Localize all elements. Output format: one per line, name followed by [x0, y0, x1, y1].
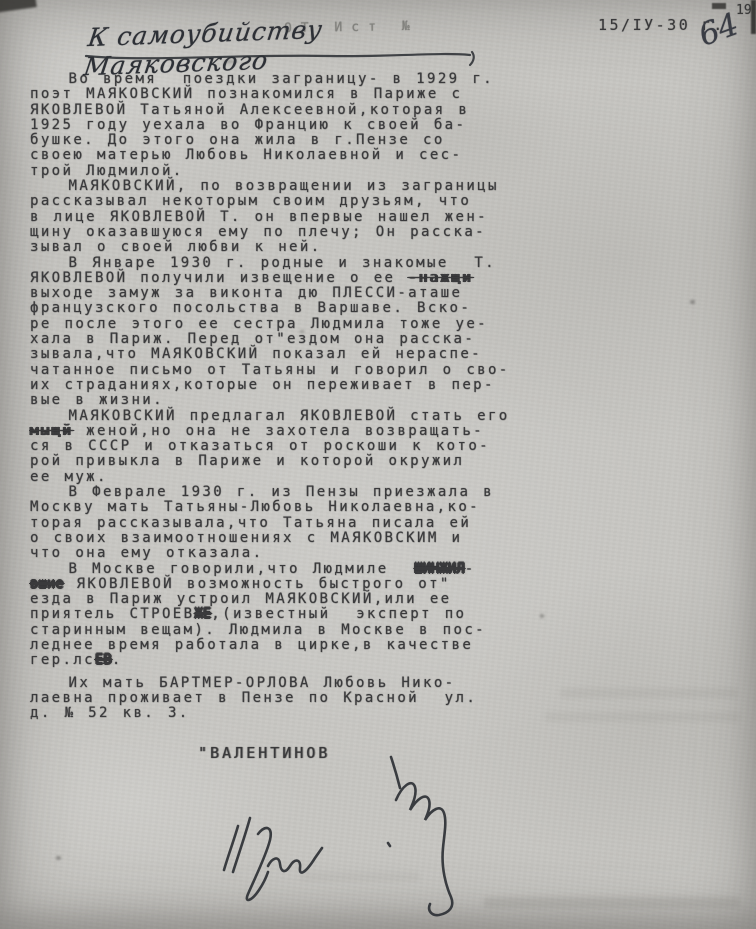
text-segment: зывала,что МАЯКОВСКИЙ показал ей нераспе… [30, 346, 482, 362]
typed-line: зывала,что МАЯКОВСКИЙ показал ей нераспе… [30, 347, 560, 362]
text-segment: МАЯКОВСКИЙ, по возвращении из заграницы [30, 178, 499, 194]
typed-line: приятель СТРОЕВЖЕ,(известный эксперт по [30, 607, 560, 622]
signature-right [388, 757, 452, 915]
text-segment: что она ему отказала. [30, 545, 263, 561]
paper-smudge [56, 856, 61, 860]
typed-line: что она ему отказала. [30, 546, 560, 561]
page-number: 19 [736, 3, 752, 18]
text-segment: рассказывал некоторым своим друзьям, что [30, 193, 471, 209]
typed-line: ре после этого ее сестра Людмила тоже уе… [30, 317, 560, 332]
text-segment: приятель СТРОЕВ [30, 606, 194, 622]
text-segment: хала в Париж. Перед от"ездом она расска- [30, 331, 475, 347]
typed-line: Москву мать Татьяны-Любовь Николаевна,ко… [30, 500, 560, 515]
typed-line: лаевна проживает в Пензе по Красной ул. [30, 691, 560, 706]
typed-line: леднее время работала в цирке,в качестве [30, 638, 560, 653]
typed-line: рой привыкла в Париже и которой окружил [30, 454, 560, 469]
typed-line: щину оказавшуюся ему по плечу; Он расска… [30, 225, 560, 240]
text-segment: 1925 году уехала во Францию к своей ба- [30, 117, 466, 133]
typed-line: рассказывал некоторым своим друзьям, что [30, 194, 560, 209]
struck-out-text: ЖЕ [194, 606, 211, 622]
text-segment: В Москве говорили,что Людмиле [30, 561, 414, 577]
struck-out-text: вшие [30, 576, 64, 592]
struck-out-text: -нажщи [408, 270, 473, 286]
typed-line: МАЯКОВСКИЙ предлагал ЯКОВЛЕВОЙ стать его [30, 409, 560, 424]
text-segment: поэт МАЯКОВСКИЙ познакомился в Париже с [30, 86, 462, 102]
paragraph: МАЯКОВСКИЙ, по возвращении из заграницыр… [30, 179, 560, 255]
text-segment: леднее время работала в цирке,в качестве [30, 637, 473, 653]
typed-line: 1925 году уехала во Францию к своей ба- [30, 118, 560, 133]
typed-line: трой Людмилой. [30, 164, 560, 179]
text-segment: выходе замуж за виконта дю ПЛЕССИ-аташе [30, 285, 462, 301]
text-segment: своею матерью Любовь Николаевной и сес- [30, 147, 462, 163]
typed-line: чатанное письмо от Татьяны и говорил о с… [30, 363, 560, 378]
text-segment: женой,но она не захотела возвращать- [73, 423, 484, 439]
typed-line: ЯКОВЛЕВОЙ получили извещение о ее -нажщи [30, 271, 560, 286]
text-segment: ЯКОВЛЕВОЙ Татьяной Алексеевной,которая в [30, 102, 469, 118]
struck-out-text: ЕВ [95, 652, 112, 668]
signature-left [224, 818, 322, 900]
text-segment: ,(известный эксперт по [211, 606, 466, 622]
text-segment: их страданиях,которые он переживает в пе… [30, 377, 495, 393]
typed-line: гер.лсЕВ. [30, 653, 560, 668]
text-segment: гер.лс [30, 652, 95, 668]
text-segment: езда в Париж устроил МАЯКОВСКИЙ,или ее [30, 591, 452, 607]
text-segment: о своих взаимоотношениях с МАЯКОВСКИМ и [30, 530, 462, 546]
paragraph: Их мать БАРТМЕР-ОРЛОВА Любовь Нико-лаевн… [30, 676, 560, 722]
typed-line: о своих взаимоотношениях с МАЯКОВСКИМ и [30, 531, 560, 546]
text-segment: французского посольства в Варшаве. Вско- [30, 300, 471, 316]
text-segment: старинным вещам). Людмила в Москве в пос… [30, 622, 486, 638]
struck-out-text: мыщй [30, 423, 73, 439]
text-segment: в лице ЯКОВЛЕВОЙ Т. он впервые нашел жен… [30, 209, 488, 225]
document-page: ОТ Ист № К самоубийству Маяковского 15/I… [0, 0, 756, 929]
typed-line: в лице ЯКОВЛЕВОЙ Т. он впервые нашел жен… [30, 210, 560, 225]
text-segment: МАЯКОВСКИЙ предлагал ЯКОВЛЕВОЙ стать его [30, 408, 510, 424]
text-segment: Их мать БАРТМЕР-ОРЛОВА Любовь Нико- [30, 675, 456, 691]
typed-line: французского посольства в Варшаве. Вско- [30, 301, 560, 316]
paragraph: МАЯКОВСКИЙ предлагал ЯКОВЛЕВОЙ стать его… [30, 409, 560, 485]
typed-line: их страданиях,которые он переживает в пе… [30, 378, 560, 393]
text-segment: торая рассказывала,что Татьяна писала ей [30, 515, 471, 531]
typed-line: торая рассказывала,что Татьяна писала ей [30, 516, 560, 531]
typed-line: ЯКОВЛЕВОЙ Татьяной Алексеевной,которая в [30, 103, 560, 118]
paragraph: В Феврале 1930 г. из Пензы приезжала вМо… [30, 485, 560, 561]
text-segment: Москву мать Татьяны-Любовь Николаевна,ко… [30, 499, 480, 515]
typed-line: В Москве говорили,что Людмиле ШИНЖИЛ- [30, 562, 560, 577]
typed-line: МАЯКОВСКИЙ, по возвращении из заграницы [30, 179, 560, 194]
text-segment: ре после этого ее сестра Людмила тоже уе… [30, 316, 488, 332]
paper-smudge [690, 300, 695, 304]
paragraph: В Москве говорили,что Людмиле ШИНЖИЛ-вши… [30, 562, 560, 669]
paragraph: В Январе 1930 г. родные и знакомые Т.ЯКО… [30, 256, 560, 409]
text-segment: ее муж. [30, 469, 108, 485]
text-segment: ЯКОВЛЕВОЙ возможность быстрого от" [64, 576, 451, 592]
bleed-through-ghost [545, 712, 740, 722]
text-segment: . [112, 652, 123, 668]
typed-line: зывал о своей любви к ней. [30, 240, 560, 255]
typed-line: мыщй женой,но она не захотела возвращать… [30, 424, 560, 439]
text-segment: зывал о своей любви к ней. [30, 239, 322, 255]
text-segment: ЯКОВЛЕВОЙ получили извещение о ее [30, 270, 408, 286]
text-segment: трой Людмилой. [30, 163, 184, 179]
bleed-through-ghost [484, 897, 740, 908]
typed-line: ее муж. [30, 470, 560, 485]
text-segment: - [465, 561, 476, 577]
text-segment: чатанное письмо от Татьяны и говорил о с… [30, 362, 510, 378]
text-segment: д. № 52 кв. 3. [30, 705, 190, 721]
text-segment: щину оказавшуюся ему по плечу; Он расска… [30, 224, 486, 240]
text-segment: В Январе 1930 г. родные и знакомые Т. [30, 255, 496, 271]
text-segment: ся в СССР и отказаться от роскоши к кото… [30, 438, 490, 454]
text-segment: лаевна проживает в Пензе по Красной ул. [30, 690, 477, 706]
typed-body: Во время поездки заграницу- в 1929 г.поэ… [30, 72, 560, 721]
typed-line: В Январе 1930 г. родные и знакомые Т. [30, 256, 560, 271]
bleed-through-ghost [300, 872, 420, 881]
typed-line: своею матерью Любовь Николаевной и сес- [30, 148, 560, 163]
paragraph: Во время поездки заграницу- в 1929 г.поэ… [30, 72, 560, 179]
signature-name: "ВАЛЕНТИНОВ [198, 744, 330, 762]
text-segment: В Феврале 1930 г. из Пензы приезжала в [30, 484, 494, 500]
corner-fold-mark [0, 0, 37, 13]
typed-line: д. № 52 кв. 3. [30, 706, 560, 721]
text-segment: рой привыкла в Париже и которой окружил [30, 453, 464, 469]
typed-line: поэт МАЯКОВСКИЙ познакомился в Париже с [30, 87, 560, 102]
typed-line: Их мать БАРТМЕР-ОРЛОВА Любовь Нико- [30, 676, 560, 691]
struck-out-text: ШИНЖИЛ [414, 561, 465, 577]
text-segment: вые в жизни. [30, 392, 164, 408]
typed-line: вые в жизни. [30, 393, 560, 408]
bleed-through-ghost [560, 688, 738, 698]
typed-line: вшие ЯКОВЛЕВОЙ возможность быстрого от" [30, 577, 560, 592]
typed-line: старинным вещам). Людмила в Москве в пос… [30, 623, 560, 638]
text-segment: бушке. До этого она жила в г.Пензе со [30, 132, 445, 148]
